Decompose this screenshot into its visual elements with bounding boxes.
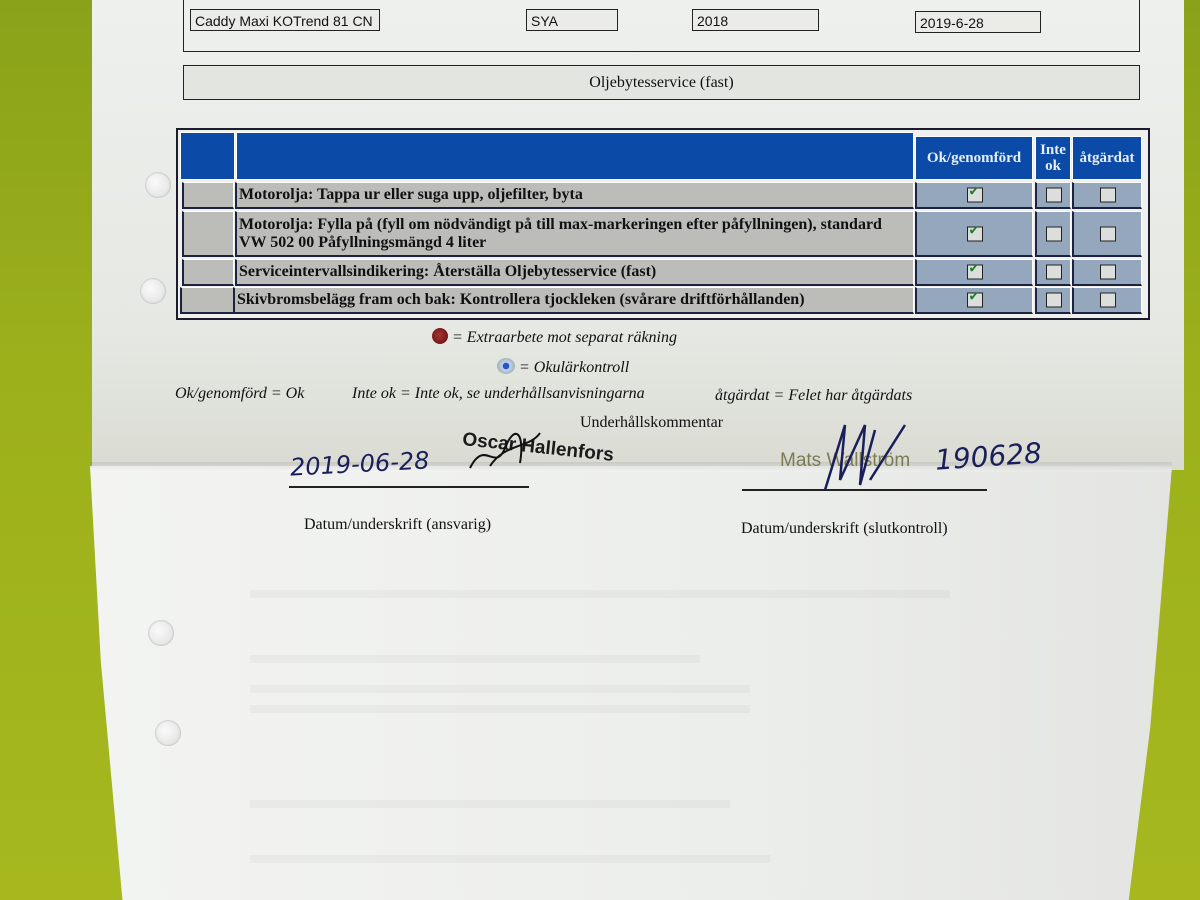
caption-responsible: Datum/underskrift (ansvarig) [304,516,491,534]
ok-cell [915,287,1033,314]
col-header-inte-ok: Inte ok [1035,136,1071,180]
ok-checkbox[interactable] [967,226,983,241]
bleed-through-text [250,685,750,693]
definition-ok: Ok/genomförd = Ok [175,385,304,403]
model-code-field: Caddy Maxi KOTrend 81 CN [190,9,380,31]
atgardat-checkbox[interactable] [1100,188,1116,203]
inte-ok-cell [1035,211,1071,257]
model-code-label: Modellkod [196,0,266,5]
bleed-through-text [250,800,730,808]
header-task-cell [236,132,914,180]
date-label: Datum [917,0,961,5]
signature-scribble-final-check [815,420,910,495]
inte-ok-cell [1035,182,1071,209]
bleed-through-text [250,590,950,598]
definition-inte-ok: Inte ok = Inte ok, se underhållsanvisnin… [352,385,645,403]
date-field: 2019-6-28 [915,11,1041,33]
row-marker-cell [182,211,234,257]
inte-ok-checkbox[interactable] [1046,293,1062,308]
atgardat-cell [1072,211,1142,257]
atgardat-checkbox[interactable] [1100,293,1116,308]
task-cell: Motorolja: Tappa ur eller suga upp, olje… [235,182,914,209]
row-marker-cell [182,259,234,286]
atgardat-cell [1072,259,1142,286]
header-blank-cell [180,132,235,180]
model-year-field: 2018 [692,9,819,31]
ok-checkbox[interactable] [967,293,983,308]
ok-checkbox[interactable] [967,265,983,280]
legend-extra-text: = Extraarbete mot separat räkning [452,329,677,346]
definition-atgardat: åtgärdat = Felet har åtgärdats [715,387,912,405]
ok-cell [915,182,1033,209]
vehicle-info-box: Modellkod Caddy Maxi KOTrend 81 CN VMB S… [183,0,1140,52]
inte-ok-checkbox[interactable] [1046,265,1062,280]
red-dot-icon [432,328,448,344]
signature-scribble-responsible [465,428,545,478]
document-page-bottom [90,466,1172,900]
ok-checkbox[interactable] [967,188,983,203]
punch-hole [148,620,174,646]
punch-hole [145,172,171,198]
inte-ok-cell [1035,287,1071,314]
ok-cell [915,259,1033,286]
punch-hole [155,720,181,746]
task-cell: Motorolja: Fylla på (fyll om nödvändigt … [235,211,914,257]
inte-ok-checkbox[interactable] [1046,226,1062,241]
legend-visual-check: = Okulärkontroll [497,358,629,377]
bleed-through-text [250,655,700,663]
col-header-atgardat: åtgärdat [1072,136,1142,180]
ok-cell [915,211,1033,257]
legend-extra-work: = Extraarbete mot separat räkning [432,328,677,347]
punch-hole [140,278,166,304]
signature-line-final-check [742,489,987,491]
bleed-through-text [250,705,750,713]
service-checklist-table: Ok/genomförd Inte ok åtgärdat Motorolja:… [176,128,1150,320]
row-marker-cell [180,287,234,314]
atgardat-cell [1072,182,1142,209]
atgardat-checkbox[interactable] [1100,226,1116,241]
legend-eye-text: = Okulärkontroll [519,359,629,376]
inte-ok-cell [1035,259,1071,286]
col-header-ok: Ok/genomförd [915,136,1033,180]
task-cell: Skivbromsbelägg fram och bak: Kontroller… [233,287,914,314]
caption-final-check: Datum/underskrift (slutkontroll) [741,520,948,538]
row-marker-cell [182,182,234,209]
service-title: Oljebytesservice (fast) [183,65,1140,100]
vmb-field: SYA [526,9,618,31]
task-cell: Serviceintervallsindikering: Återställa … [235,259,914,286]
bleed-through-text [250,855,770,863]
inte-ok-checkbox[interactable] [1046,188,1062,203]
atgardat-checkbox[interactable] [1100,265,1116,280]
maintenance-comment-label: Underhållskommentar [580,414,723,432]
vmb-label: VMB [527,0,563,5]
model-year-label: Årsmodell [696,0,764,5]
signature-line-responsible [289,486,529,488]
atgardat-cell [1072,287,1142,314]
eye-icon [497,358,515,374]
